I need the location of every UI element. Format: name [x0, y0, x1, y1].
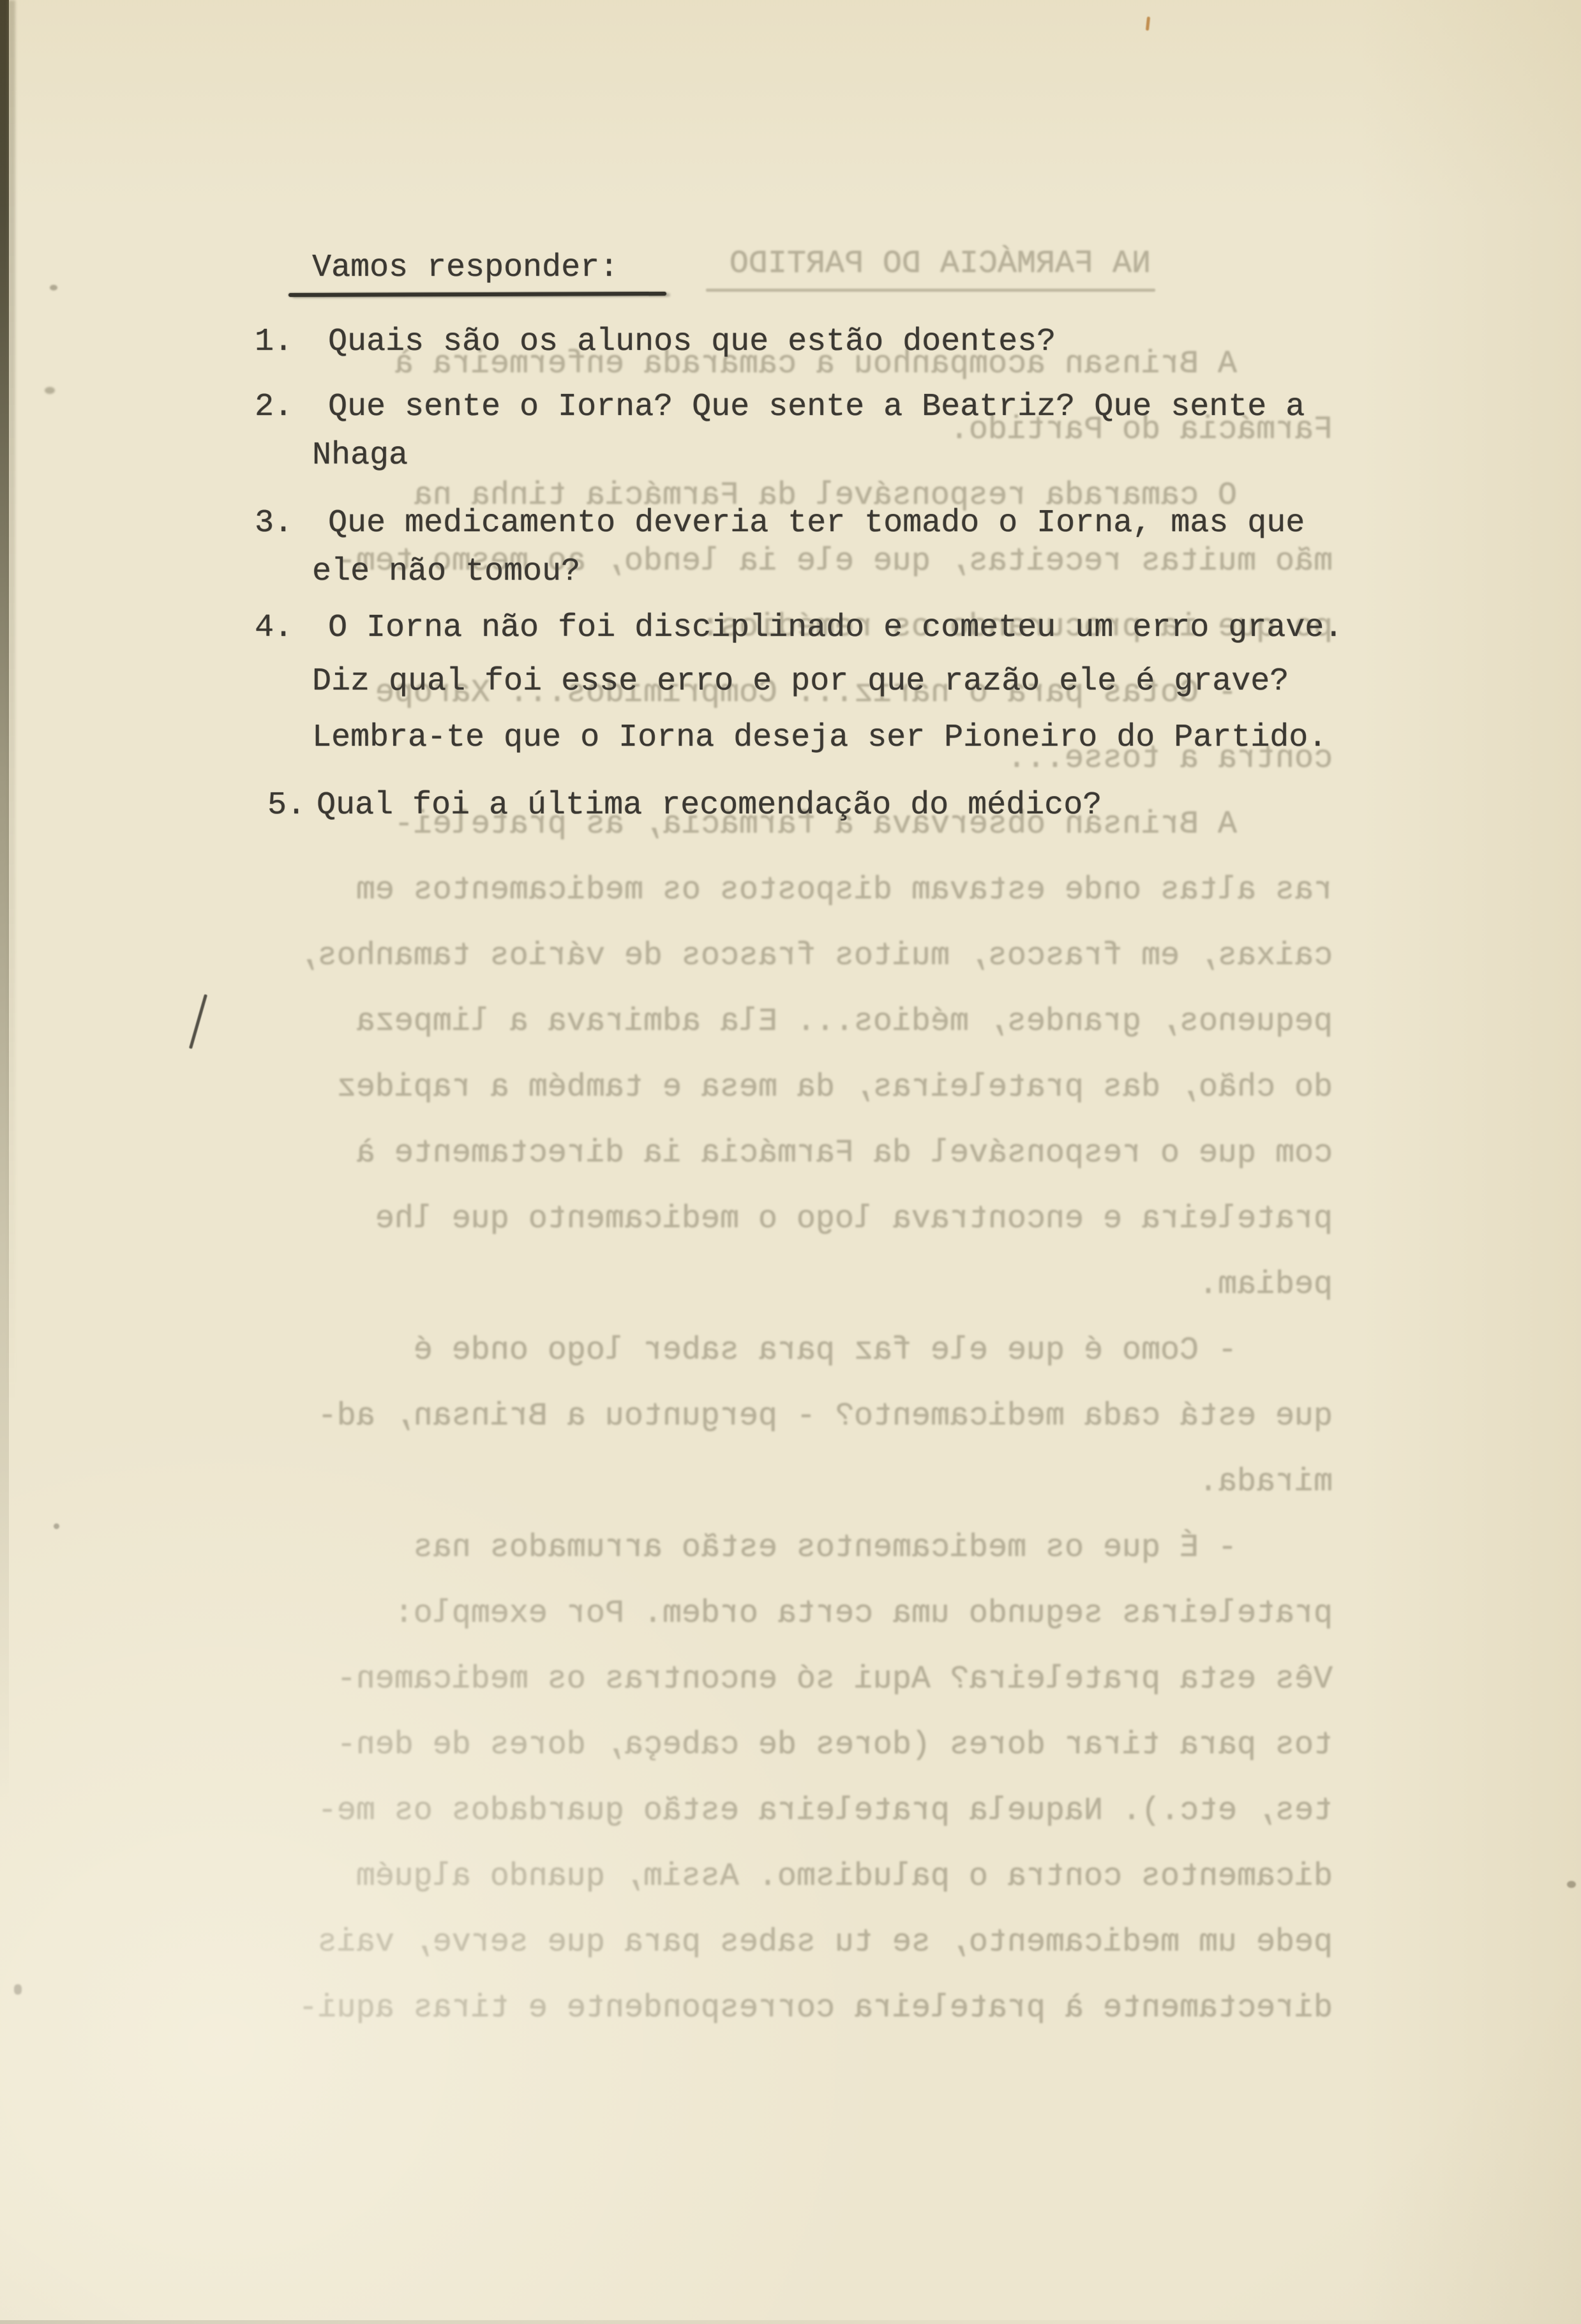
- bleedthrough-line: pequenos, grandes, médios... Ela admirav…: [356, 1004, 1333, 1039]
- bleedthrough-line: mirada.: [1199, 1465, 1333, 1500]
- bleedthrough-line: dicamentos contra o paludismo. Assim, qu…: [356, 1859, 1333, 1894]
- bleedthrough-line: directamente à prateleira correspondente…: [299, 1991, 1333, 2026]
- bleedthrough-line: pede um medicamento, se tu sabes para qu…: [318, 1925, 1333, 1960]
- bleedthrough-line: Vês esta prateleira? Aqui só encontras o…: [337, 1662, 1333, 1697]
- question-number: 2.: [255, 389, 293, 425]
- ink-mark: [189, 994, 207, 1049]
- bleedthrough-line: prateleiras segundo uma certa ordem. Por…: [394, 1596, 1333, 1631]
- bleedthrough-line: com que o responsável da Farmácia ia dir…: [356, 1136, 1333, 1171]
- question-line: Nhaga: [312, 438, 408, 473]
- scanned-page: NA FARMÁCIA DO PARTIDO A Brinsan acompan…: [0, 0, 1581, 2324]
- bleedthrough-title-underline: [706, 289, 1155, 292]
- question-number: 5.: [267, 788, 306, 823]
- bleedthrough-line: - É que os medicamentos estão arrumados …: [414, 1530, 1237, 1566]
- question-number: 4.: [255, 610, 293, 645]
- paper-speck: [1567, 1881, 1576, 1888]
- page-bottom-shadow: [0, 2320, 1581, 2324]
- question-line: Quais são os alunos que estão doentes?: [328, 324, 1056, 359]
- paper-speck: [1146, 17, 1150, 31]
- question-number: 1.: [255, 324, 293, 359]
- paper-speck: [54, 1523, 59, 1529]
- paper-speck: [45, 387, 55, 394]
- question-line: Que medicamento deveria ter tomado o Ior…: [328, 506, 1305, 541]
- question-line: Diz qual foi esse erro e por que razão e…: [312, 664, 1289, 699]
- question-number: 3.: [255, 506, 293, 541]
- bleedthrough-line: do chão, das prateleiras, da mesa e tamb…: [337, 1070, 1333, 1105]
- bleedthrough-line: caixas, em frascos, muitos frascos de vá…: [299, 939, 1333, 974]
- bleedthrough-line: ras altas onde estavam dispostos os medi…: [356, 873, 1333, 908]
- page-heading: Vamos responder:: [312, 250, 618, 285]
- bleedthrough-line: que está cada medicamento? - perguntou a…: [318, 1399, 1333, 1434]
- paper-speck: [14, 1984, 22, 1995]
- heading-underline: [288, 292, 666, 297]
- bleedthrough-line: prateleira e encontrava logo o medicamen…: [375, 1202, 1333, 1237]
- bleedthrough-line: - Como é que ele faz para saber logo ond…: [414, 1333, 1237, 1368]
- question-line: ele não tomou?: [312, 554, 580, 589]
- question-line: Lembra-te que o Iorna deseja ser Pioneir…: [312, 720, 1327, 755]
- bleedthrough-line: pediam.: [1199, 1267, 1333, 1302]
- question-line: O Iorna não foi disciplinado e cometeu u…: [328, 610, 1343, 645]
- bleedthrough-line: tos para tirar dores (dores de cabeça, d…: [337, 1728, 1333, 1763]
- question-line: Qual foi a última recomendação do médico…: [317, 788, 1102, 823]
- page-edge-shadow-soft: [8, 0, 15, 1405]
- bleedthrough-line: tes, etc.). Naquela prateleira estão gua…: [318, 1793, 1333, 1829]
- paper-speck: [50, 285, 57, 290]
- bleedthrough-title: NA FARMÁCIA DO PARTIDO: [730, 246, 1151, 282]
- question-line: Que sente o Iorna? Que sente a Beatriz? …: [328, 389, 1305, 425]
